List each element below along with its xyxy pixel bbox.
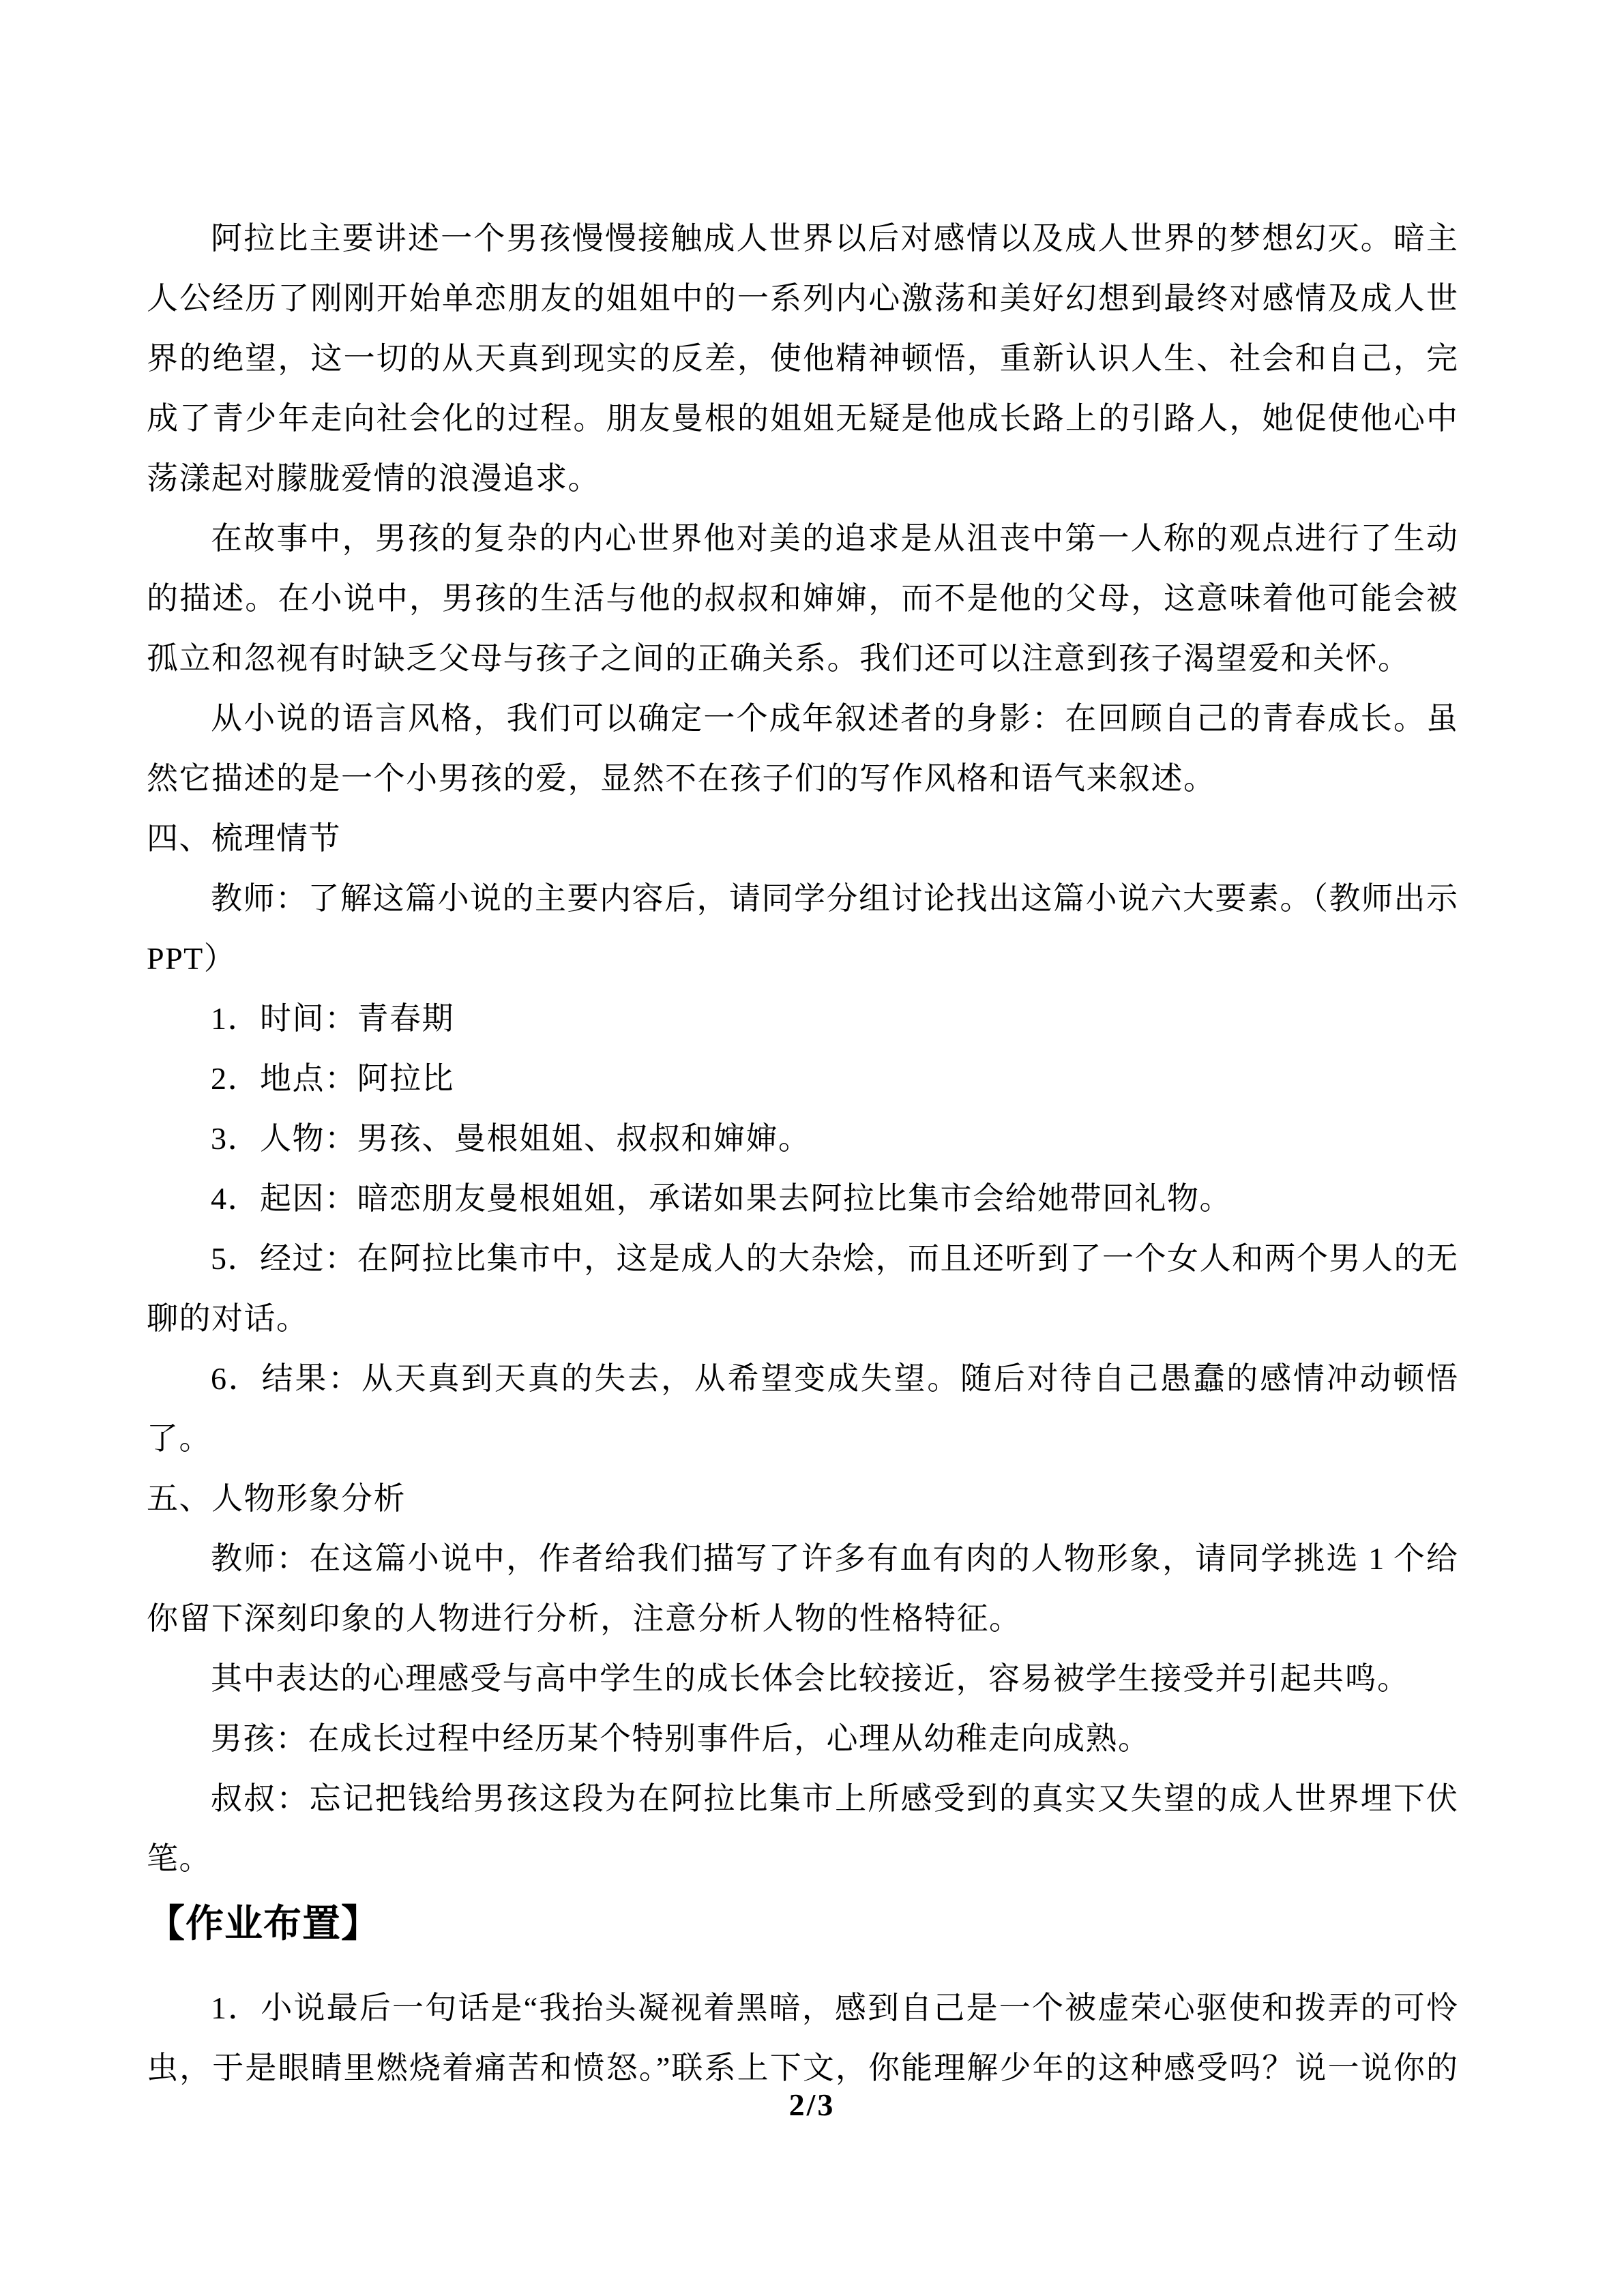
page-number: 2/3 — [789, 2087, 836, 2122]
list-item: 5．经过：在阿拉比集市中，这是成人的大杂烩，而且还听到了一个女人和两个男人的无聊… — [147, 1229, 1458, 1349]
text-line: 聊的对话。 — [147, 1289, 1458, 1349]
text-line: 5．经过：在阿拉比集市中，这是成人的大杂烩，而且还听到了一个女人和两个男人的无 — [147, 1229, 1458, 1289]
text-line: 的描述。在小说中，男孩的生活与他的叔叔和婶婶，而不是他的父母，这意味着他可能会被 — [147, 569, 1458, 629]
list-item: 1．时间：青春期 — [147, 989, 1458, 1049]
text-line: 四、梳理情节 — [147, 809, 1458, 869]
text-line: 在故事中，男孩的复杂的内心世界他对美的追求是从沮丧中第一人称的观点进行了生动 — [147, 509, 1458, 569]
text-line: 1．时间：青春期 — [147, 989, 1458, 1049]
text-line: 成了青少年走向社会化的过程。朋友曼根的姐姐无疑是他成长路上的引路人，她促使他心中 — [147, 389, 1458, 449]
text-line: 然它描述的是一个小男孩的爱，显然不在孩子们的写作风格和语气来叙述。 — [147, 749, 1458, 809]
paragraph: 在故事中，男孩的复杂的内心世界他对美的追求是从沮丧中第一人称的观点进行了生动的描… — [147, 509, 1458, 689]
text-line: 人公经历了刚刚开始单恋朋友的姐姐中的一系列内心激荡和美好幻想到最终对感情及成人世 — [147, 269, 1458, 329]
text-line: 笔。 — [147, 1829, 1458, 1889]
text-line: 界的绝望，这一切的从天真到现实的反差，使他精神顿悟，重新认识人生、社会和自己，完 — [147, 329, 1458, 389]
paragraph: 教师：在这篇小说中，作者给我们描写了许多有血有肉的人物形象，请同学挑选 1 个给… — [147, 1529, 1458, 1649]
text-line: 【作业布置】 — [147, 1889, 1458, 1960]
text-line: 教师：在这篇小说中，作者给我们描写了许多有血有肉的人物形象，请同学挑选 1 个给 — [147, 1529, 1458, 1589]
paragraph: 阿拉比主要讲述一个男孩慢慢接触成人世界以后对感情以及成人世界的梦想幻灭。暗主人公… — [147, 209, 1458, 509]
text-line: 4．起因：暗恋朋友曼根姐姐，承诺如果去阿拉比集市会给她带回礼物。 — [147, 1169, 1458, 1229]
text-line: 阿拉比主要讲述一个男孩慢慢接触成人世界以后对感情以及成人世界的梦想幻灭。暗主 — [147, 209, 1458, 269]
text-line: 了。 — [147, 1409, 1458, 1469]
text-line: 其中表达的心理感受与高中学生的成长体会比较接近，容易被学生接受并引起共鸣。 — [147, 1649, 1458, 1709]
text-line: 1．小说最后一句话是“我抬头凝视着黑暗，感到自己是一个被虚荣心驱使和拨弄的可怜 — [147, 1978, 1458, 2038]
document-page: 阿拉比主要讲述一个男孩慢慢接触成人世界以后对感情以及成人世界的梦想幻灭。暗主人公… — [0, 0, 1624, 2296]
text-line: 你留下深刻印象的人物进行分析，注意分析人物的性格特征。 — [147, 1589, 1458, 1649]
document-body: 阿拉比主要讲述一个男孩慢慢接触成人世界以后对感情以及成人世界的梦想幻灭。暗主人公… — [147, 209, 1458, 2098]
text-line: 孤立和忽视有时缺乏父母与孩子之间的正确关系。我们还可以注意到孩子渴望爱和关怀。 — [147, 629, 1458, 689]
text-line: 男孩：在成长过程中经历某个特别事件后，心理从幼稚走向成熟。 — [147, 1709, 1458, 1769]
paragraph: 男孩：在成长过程中经历某个特别事件后，心理从幼稚走向成熟。 — [147, 1709, 1458, 1769]
text-line: 从小说的语言风格，我们可以确定一个成年叙述者的身影：在回顾自己的青春成长。虽 — [147, 689, 1458, 749]
list-item: 6．结果：从天真到天真的失去，从希望变成失望。随后对待自己愚蠢的感情冲动顿悟了。 — [147, 1349, 1458, 1469]
page-footer: 2/3 — [0, 2089, 1624, 2121]
text-line: 6．结果：从天真到天真的失去，从希望变成失望。随后对待自己愚蠢的感情冲动顿悟 — [147, 1349, 1458, 1409]
text-line: 荡漾起对朦胧爱情的浪漫追求。 — [147, 449, 1458, 509]
title-heading: 【作业布置】 — [147, 1889, 1458, 1960]
paragraph: 从小说的语言风格，我们可以确定一个成年叙述者的身影：在回顾自己的青春成长。虽然它… — [147, 689, 1458, 809]
text-line: 3．人物：男孩、曼根姐姐、叔叔和婶婶。 — [147, 1109, 1458, 1169]
list-item: 2．地点：阿拉比 — [147, 1049, 1458, 1109]
section-heading: 四、梳理情节 — [147, 809, 1458, 869]
text-line: 叔叔：忘记把钱给男孩这段为在阿拉比集市上所感受到的真实又失望的成人世界埋下伏 — [147, 1769, 1458, 1829]
list-item: 4．起因：暗恋朋友曼根姐姐，承诺如果去阿拉比集市会给她带回礼物。 — [147, 1169, 1458, 1229]
paragraph: 叔叔：忘记把钱给男孩这段为在阿拉比集市上所感受到的真实又失望的成人世界埋下伏笔。 — [147, 1769, 1458, 1889]
section-heading: 五、人物形象分析 — [147, 1469, 1458, 1529]
paragraph: 其中表达的心理感受与高中学生的成长体会比较接近，容易被学生接受并引起共鸣。 — [147, 1649, 1458, 1709]
list-item: 3．人物：男孩、曼根姐姐、叔叔和婶婶。 — [147, 1109, 1458, 1169]
paragraph: 1．小说最后一句话是“我抬头凝视着黑暗，感到自己是一个被虚荣心驱使和拨弄的可怜虫… — [147, 1978, 1458, 2098]
text-line: PPT） — [147, 929, 1458, 989]
text-line: 五、人物形象分析 — [147, 1469, 1458, 1529]
paragraph: 教师：了解这篇小说的主要内容后，请同学分组讨论找出这篇小说六大要素。（教师出示P… — [147, 869, 1458, 989]
text-line: 2．地点：阿拉比 — [147, 1049, 1458, 1109]
text-line: 教师：了解这篇小说的主要内容后，请同学分组讨论找出这篇小说六大要素。（教师出示 — [147, 869, 1458, 929]
